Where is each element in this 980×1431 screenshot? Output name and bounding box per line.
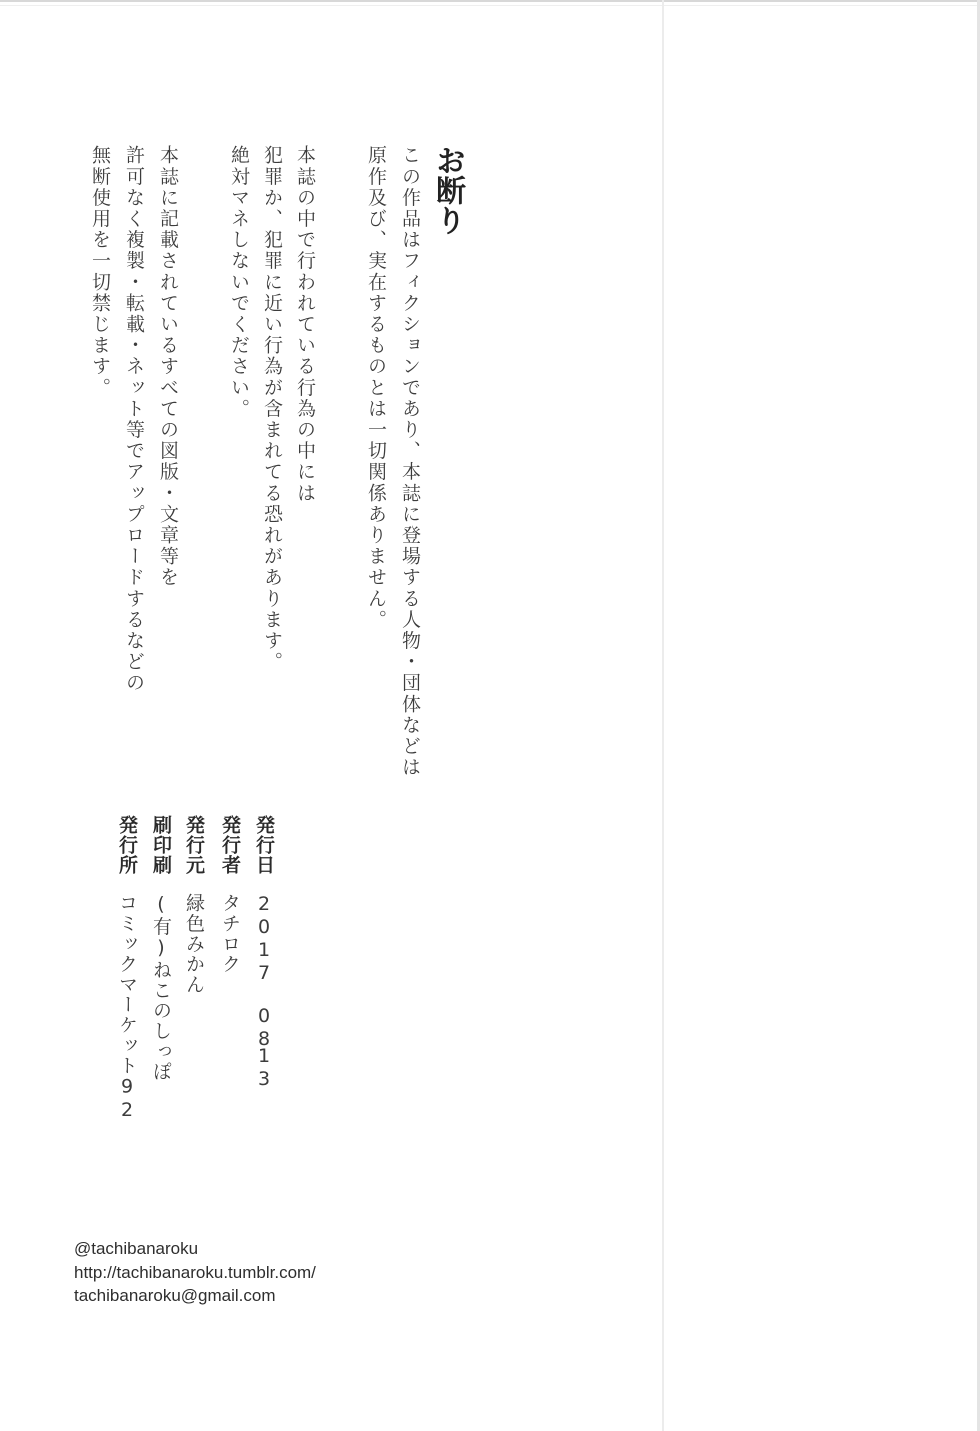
- notice-text-column: 許可なく複製・転載・ネット等でアップロードするなどの: [124, 145, 143, 694]
- colophon-label-issue-date: 発行日: [254, 815, 273, 875]
- colophon-value-printer: (有)ねこのしっぽ: [151, 893, 170, 1082]
- colophon-label-circle: 発行元: [184, 815, 203, 875]
- notice-text-column: 原作及び、実在するものとは一切関係ありません。: [366, 145, 385, 630]
- email-address: tachibanaroku@gmail.com: [74, 1287, 276, 1304]
- page-top-edge-shadow: [0, 5, 980, 6]
- page-top-edge: [0, 0, 980, 2]
- colophon-value-venue: コミックマーケット92: [117, 893, 136, 1122]
- notice-text-column: この作品はフィクションであり、本誌に登場する人物・団体などは: [400, 145, 419, 778]
- notice-title: お断り: [432, 145, 462, 235]
- colophon-label-venue: 発行所: [117, 815, 136, 875]
- notice-text-column: 無断使用を一切禁じます。: [90, 145, 109, 398]
- website-url: http://tachibanaroku.tumblr.com/: [74, 1264, 316, 1281]
- notice-text-column: 絶対マネしないでください。: [229, 145, 248, 419]
- twitter-handle: @tachibanaroku: [74, 1240, 198, 1257]
- colophon-value-circle: 緑色みかん: [184, 893, 203, 995]
- notice-text-column: 本誌の中で行われている行為の中には: [295, 145, 314, 504]
- notice-text-column: 本誌に記載されているすべての図版・文章等を: [158, 145, 177, 588]
- issue-year: 2017: [254, 893, 273, 985]
- notice-text-column: 犯罪か、犯罪に近い行為が含まれてる恐れがあります。: [262, 145, 281, 673]
- colophon-value-publisher: タチロク: [220, 893, 239, 974]
- page-fold-line: [662, 0, 664, 1431]
- colophon-label-publisher: 発行者: [220, 815, 239, 875]
- issue-day: 13: [254, 1045, 273, 1091]
- colophon-label-printer: 刷印刷: [151, 815, 170, 875]
